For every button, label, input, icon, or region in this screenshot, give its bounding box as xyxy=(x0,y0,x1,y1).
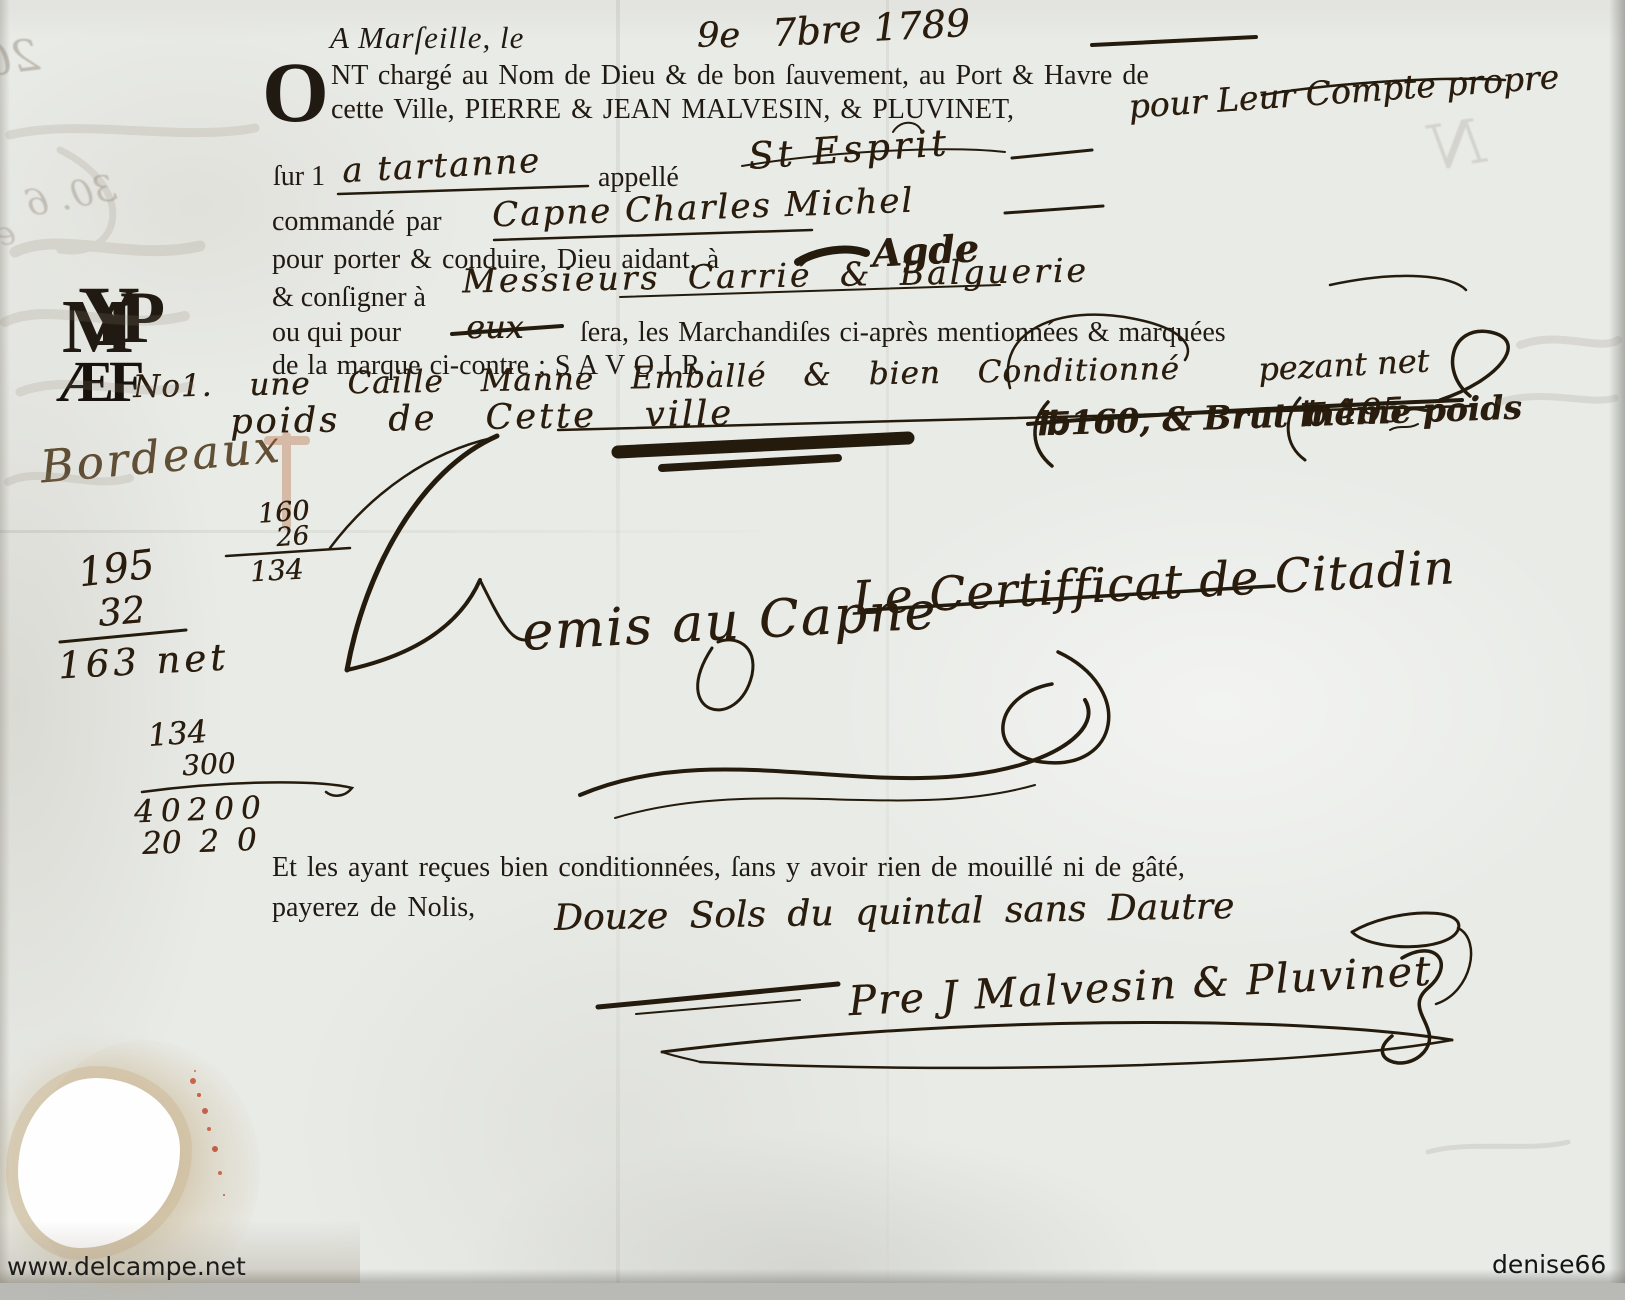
calc-number: 195 xyxy=(75,542,156,597)
scanned-document-paper: 202. à 206 30. 6 en 50 N M Y P ÆF A Marſ… xyxy=(0,0,1625,1283)
paper-hole-damage xyxy=(18,1078,180,1248)
bleedthrough-number: 30. 6 xyxy=(22,168,120,226)
vessel-type: a tartanne xyxy=(341,141,542,191)
signature: Pre J Malvesin & Pluvinet xyxy=(847,947,1433,1026)
bleedthrough-letter: N xyxy=(1424,104,1489,185)
date-day: 9e xyxy=(697,16,740,56)
red-stain-specks xyxy=(190,1078,196,1084)
calc-number: 26 xyxy=(275,521,310,553)
date-month-year: 7bre 1789 xyxy=(771,1,971,55)
captain-name: Capne Charles Michel xyxy=(491,181,914,236)
paper-edge-left xyxy=(0,0,10,1283)
dateline-prefix: A Marſeille, le xyxy=(330,20,524,56)
printed-line: & conſigner à xyxy=(272,282,426,314)
calc-number: 32 xyxy=(96,588,147,635)
account-note: pour Leur Compte propre xyxy=(1127,57,1560,126)
printed-line: ou qui pour xyxy=(272,317,401,349)
bleedthrough-number: 202. à 206 xyxy=(0,30,42,109)
printed-line: Et les ayant reçues bien conditionnées, … xyxy=(272,852,1185,884)
pronoun-eux: eux xyxy=(466,308,524,346)
printed-line: ſur 1 xyxy=(273,161,325,193)
printed-line: NT chargé au Nom de Dieu & de bon ſauvem… xyxy=(331,60,1149,92)
watermark-delcampe: www.delcampe.net xyxy=(7,1252,246,1281)
bleedthrough-number: en 50 xyxy=(0,212,20,274)
printed-line: ſera, les Marchandiſes ci-après mentionn… xyxy=(580,317,1226,349)
remis-note-struck: Le Certifficat de Citadin xyxy=(851,540,1456,626)
watermark-seller: denise66 xyxy=(1492,1250,1606,1279)
merchant-mark-initials: ÆF xyxy=(56,348,139,415)
printed-line: cette Ville, PIERRE & JEAN MALVESIN, & P… xyxy=(331,94,1014,126)
calc-number: 300 xyxy=(181,747,236,783)
cargo-gross-weight-struck: ℔160, & Brut même poids xyxy=(1037,388,1522,444)
paper-edge-right xyxy=(1609,0,1625,1283)
cargo-weight-label: pezant net xyxy=(1257,342,1430,389)
vessel-name: St Esprit xyxy=(747,121,952,178)
margin-note-bordeaux: Bordeaux xyxy=(38,420,284,494)
calc-number: 20 2 0 xyxy=(141,822,257,862)
drop-cap-initial: O xyxy=(262,52,329,134)
freight-terms: Douze Sols du quintal sans Dautre xyxy=(554,886,1235,939)
printed-line: commandé par xyxy=(272,206,442,238)
calc-result-net: 163 net xyxy=(57,636,230,688)
printed-line: payerez de Nolis, xyxy=(272,892,475,924)
calc-number: 134 xyxy=(249,553,304,589)
